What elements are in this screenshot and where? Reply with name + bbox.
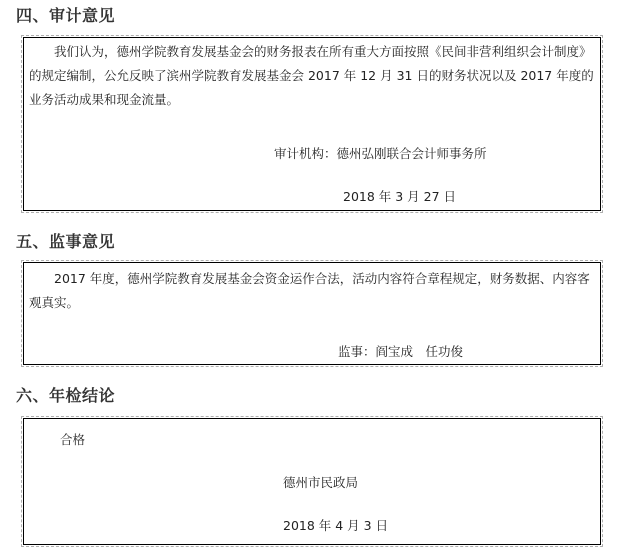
inspection-date: 2018 年 4 月 3 日 bbox=[283, 518, 388, 534]
supervisor-signature: 监事：阎宝成 任功俊 bbox=[338, 344, 463, 360]
section-heading-annual-inspection: 六、年检结论 bbox=[16, 386, 115, 406]
supervisor-opinion-text: 2017 年度，德州学院教育发展基金会资金运作合法，活动内容符合章程规定，财务数… bbox=[29, 267, 594, 315]
inspection-result: 合格 bbox=[60, 432, 85, 448]
audit-opinion-text: 我们认为，德州学院教育发展基金会的财务报表在所有重大方面按照《民间非营利组织会计… bbox=[29, 40, 594, 112]
audit-opinion-box: 我们认为，德州学院教育发展基金会的财务报表在所有重大方面按照《民间非营利组织会计… bbox=[21, 35, 603, 213]
audit-date: 2018 年 3 月 27 日 bbox=[343, 189, 456, 205]
section-heading-audit-opinion: 四、审计意见 bbox=[16, 6, 115, 26]
audit-firm-signature: 审计机构：德州弘刚联合会计师事务所 bbox=[274, 146, 487, 162]
section-heading-supervisor-opinion: 五、监事意见 bbox=[16, 232, 115, 252]
inspection-authority: 德州市民政局 bbox=[283, 475, 358, 491]
supervisor-opinion-box: 2017 年度，德州学院教育发展基金会资金运作合法，活动内容符合章程规定，财务数… bbox=[21, 260, 603, 367]
annual-inspection-box: 合格 德州市民政局 2018 年 4 月 3 日 bbox=[21, 416, 603, 547]
